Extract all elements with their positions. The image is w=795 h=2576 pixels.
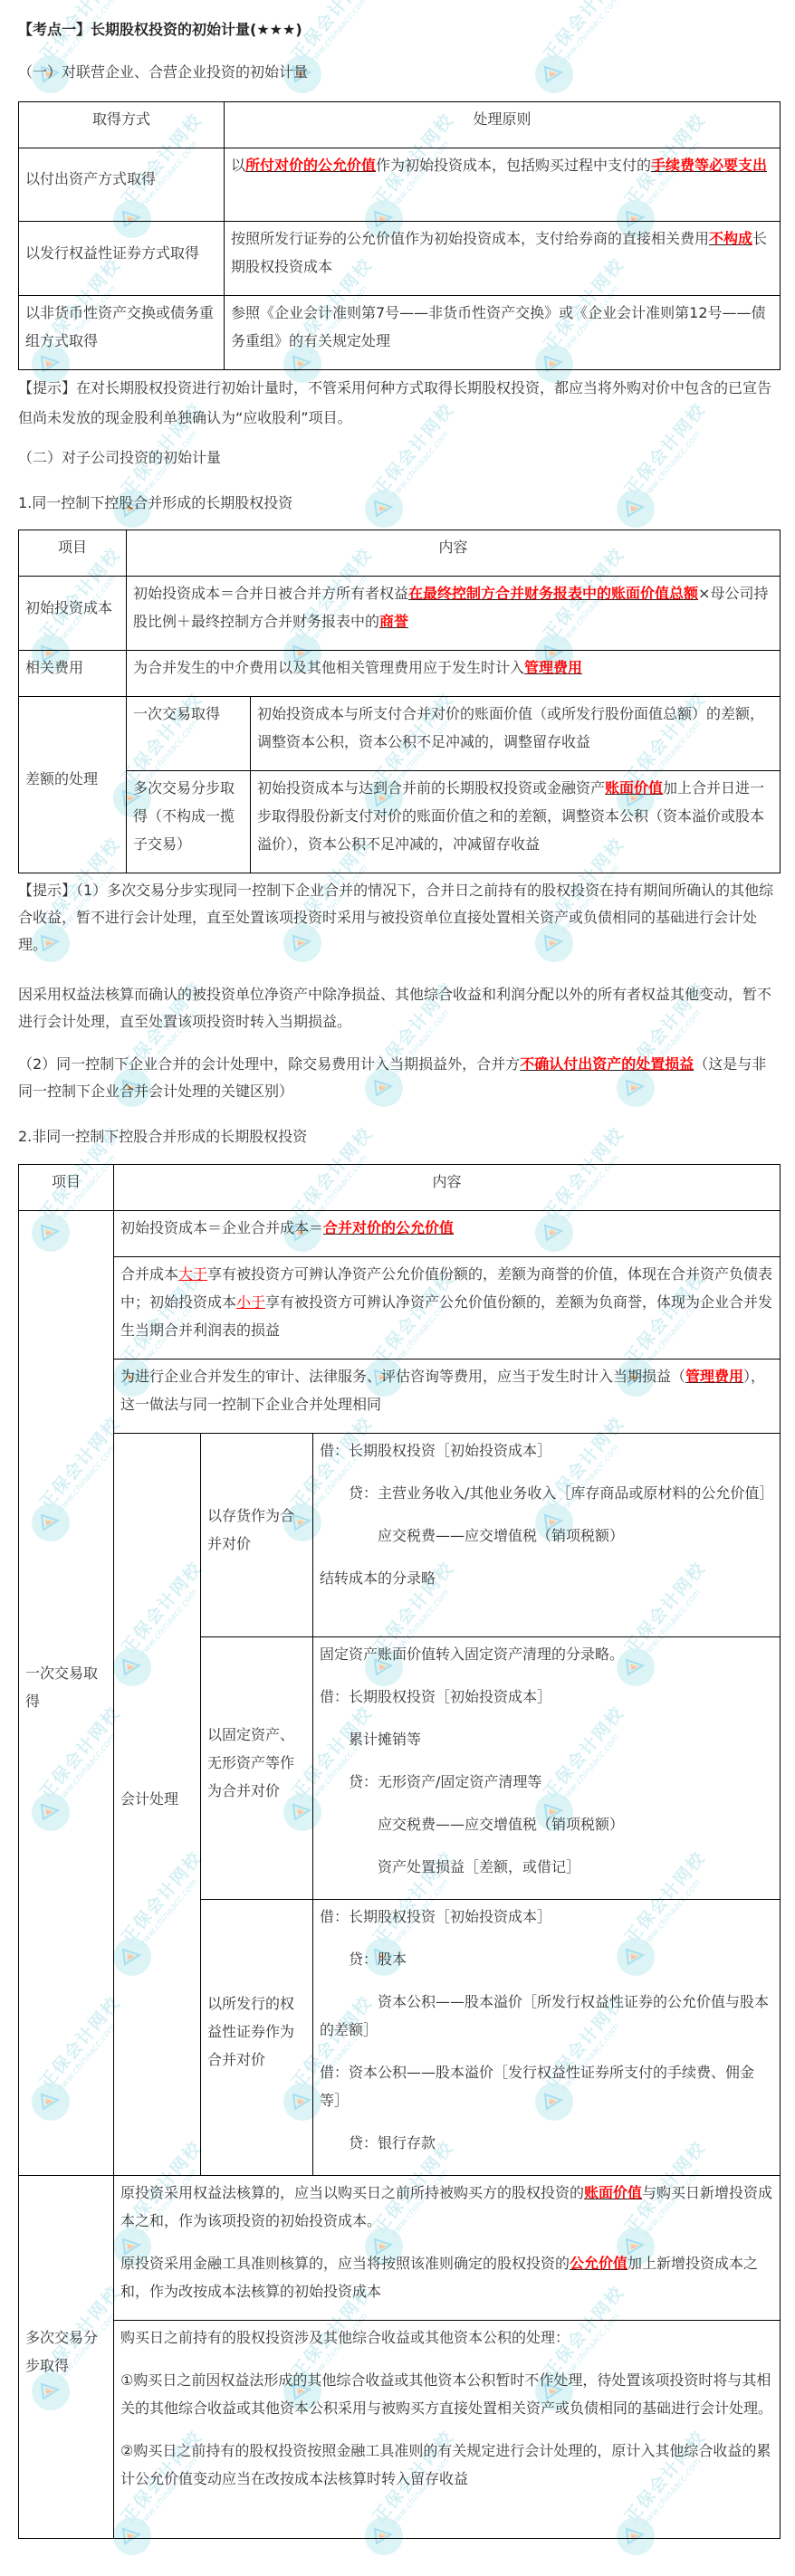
table-row: 以付出资产方式取得 以所付对价的公允价值作为初始投资成本，包括购买过程中支付的手… — [19, 148, 781, 222]
tip-paragraph: 【提示】（1）多次交易分步实现同一控制下企业合并的情况下，合并日之前持有的股权投… — [18, 877, 780, 959]
highlight-text: 管理费用 — [685, 1368, 743, 1385]
row-content: 以所付对价的公允价值作为初始投资成本，包括购买过程中支付的手续费等必要支出 — [225, 148, 781, 222]
highlight-text: 公允价值 — [570, 2255, 627, 2272]
table-row: 多次交易分步取得（不构成一揽子交易） 初始投资成本与达到合并前的长期股权投资或金… — [19, 771, 781, 873]
row-label: 相关费用 — [19, 651, 127, 697]
journal-line: 资本公积——股本溢价［所发行权益性证券的公允价值与股本的差额］ — [320, 1988, 773, 2044]
table-row: 购买日之前持有的股权投资涉及其他综合收益或其他资本公积的处理： ①购买日之前因权… — [19, 2321, 781, 2539]
table-row: 以发行权益性证券方式取得 按照所发行证券的公允价值作为初始投资成本，支付给券商的… — [19, 222, 781, 296]
highlight-text: 不确认付出资产的处置损益 — [520, 1055, 694, 1073]
row-label: 差额的处理 — [19, 697, 127, 873]
journal-line: 固定资产账面价值转入固定资产清理的分录略。 — [320, 1640, 773, 1668]
row-content: 初始投资成本＝企业合并成本＝合并对价的公允价值 — [114, 1211, 781, 1257]
column-header-content: 内容 — [127, 530, 781, 577]
associates-measurement-table: 取得方式 处理原则 以付出资产方式取得 以所付对价的公允价值作为初始投资成本，包… — [18, 101, 781, 370]
case-label: 以存货作为合并对价 — [201, 1434, 313, 1637]
journal-line: 借：长期股权投资［初始投资成本］ — [320, 1903, 773, 1931]
row-content: 初始投资成本与所支付合并对价的账面价值（或所发行股份面值总额）的差额，调整资本公… — [251, 697, 781, 771]
journal-line: 应交税费——应交增值税（销项税额） — [320, 1522, 773, 1550]
table-row: 为进行企业合并发生的审计、法律服务、评估咨询等费用，应当于发生时计入当期损益（管… — [19, 1360, 781, 1434]
column-header-item: 项目 — [19, 530, 127, 577]
column-header-method: 取得方式 — [19, 102, 225, 148]
row-content: 初始投资成本＝合并日被合并方所有者权益在最终控制方合并财务报表中的账面价值总额×… — [127, 577, 781, 651]
table-row: 一次交易取得 初始投资成本＝企业合并成本＝合并对价的公允价值 — [19, 1211, 781, 1257]
row-label: 以发行权益性证券方式取得 — [19, 222, 225, 296]
table-header-row: 取得方式 处理原则 — [19, 102, 781, 148]
table-header-row: 项目 内容 — [19, 530, 781, 577]
subrow-label: 一次交易取得 — [127, 697, 251, 771]
row-content: 合并成本大于享有被投资方可辨认净资产公允价值份额的，差额为商誉的价值，体现在合并… — [114, 1257, 781, 1360]
journal-line: 应交税费——应交增值税（销项税额） — [320, 1810, 773, 1838]
highlight-text: 账面价值 — [584, 2184, 642, 2201]
case-label: 以所发行的权益性证券作为合并对价 — [201, 1900, 313, 2176]
highlight-text: 合并对价的公允价值 — [323, 1219, 454, 1236]
row-content: 初始投资成本与达到合并前的长期股权投资或金融资产账面价值加上合并日进一步取得股份… — [251, 771, 781, 873]
column-header-content: 内容 — [114, 1165, 781, 1211]
highlight-text: 手续费等必要支出 — [651, 157, 767, 174]
highlight-text: 管理费用 — [524, 659, 582, 676]
table-row: 初始投资成本 初始投资成本＝合并日被合并方所有者权益在最终控制方合并财务报表中的… — [19, 577, 781, 651]
highlight-text: 大于 — [178, 1265, 207, 1283]
table-row: 多次交易分步取得 原投资采用权益法核算的，应当以购买日之前所持被购买方的股权投资… — [19, 2176, 781, 2321]
journal-entries: 借：长期股权投资［初始投资成本］ 贷：股本 资本公积——股本溢价［所发行权益性证… — [313, 1900, 781, 2176]
page-title: 【考点一】长期股权投资的初始计量(★★★) — [18, 16, 780, 43]
tip-paragraph: 因采用权益法核算而确认的被投资单位净资产中除净损益、其他综合收益和利润分配以外的… — [18, 981, 780, 1035]
section-heading-associates: （一）对联营企业、合营企业投资的初始计量 — [18, 59, 780, 86]
journal-line: 累计摊销等 — [320, 1725, 773, 1753]
table-row: 以非货币性资产交换或债务重组方式取得 参照《企业会计准则第7号——非货币性资产交… — [19, 296, 781, 370]
journal-line: 借：长期股权投资［初始投资成本］ — [320, 1683, 773, 1711]
column-header-item: 项目 — [19, 1165, 114, 1211]
journal-line: 资产处置损益［差额，或借记］ — [320, 1853, 773, 1881]
journal-line: 贷：股本 — [320, 1945, 773, 1973]
table-row: 合并成本大于享有被投资方可辨认净资产公允价值份额的，差额为商誉的价值，体现在合并… — [19, 1257, 781, 1360]
non-same-control-table: 项目 内容 一次交易取得 初始投资成本＝企业合并成本＝合并对价的公允价值 合并成… — [18, 1164, 781, 2539]
journal-line: 贷：无形资产/固定资产清理等 — [320, 1768, 773, 1796]
table-row: 相关费用 为合并发生的中介费用以及其他相关管理费用应于发生时计入管理费用 — [19, 651, 781, 697]
highlight-text: 不构成 — [709, 230, 752, 247]
table-header-row: 项目 内容 — [19, 1165, 781, 1211]
subsection-heading-same-control: 1.同一控制下控股合并形成的长期股权投资 — [18, 490, 780, 517]
journal-line: 结转成本的分录略 — [320, 1564, 773, 1592]
journal-entries: 借：长期股权投资［初始投资成本］ 贷：主营业务收入/其他业务收入［库存商品或原材… — [313, 1434, 781, 1637]
row-label: 初始投资成本 — [19, 577, 127, 651]
column-header-principle: 处理原则 — [225, 102, 781, 148]
journal-line: 贷：主营业务收入/其他业务收入［库存商品或原材料的公允价值］ — [320, 1479, 773, 1507]
row-content: 参照《企业会计准则第7号——非货币性资产交换》或《企业会计准则第12号——债务重… — [225, 296, 781, 370]
row-content: 购买日之前持有的股权投资涉及其他综合收益或其他资本公积的处理： ①购买日之前因权… — [114, 2321, 781, 2539]
case-label: 以固定资产、无形资产等作为合并对价 — [201, 1637, 313, 1900]
group-label-multi-step: 多次交易分步取得 — [19, 2176, 114, 2539]
highlight-text: 所付对价的公允价值 — [245, 157, 376, 174]
tip-paragraph: 【提示】在对长期股权投资进行初始计量时，不管采用何种方式取得长期股权投资，都应当… — [18, 373, 780, 433]
highlight-text: 在最终控制方合并财务报表中的账面价值总额 — [408, 585, 698, 602]
table-row: 会计处理 以存货作为合并对价 借：长期股权投资［初始投资成本］ 贷：主营业务收入… — [19, 1434, 781, 1637]
row-label: 以非货币性资产交换或债务重组方式取得 — [19, 296, 225, 370]
section-heading-subsidiaries: （二）对子公司投资的初始计量 — [18, 444, 780, 472]
row-content: 按照所发行证券的公允价值作为初始投资成本，支付给券商的直接相关费用不构成长期股权… — [225, 222, 781, 296]
subsection-heading-non-same-control: 2.非同一控制下控股合并形成的长期股权投资 — [18, 1123, 780, 1150]
group-label-one-time: 一次交易取得 — [19, 1211, 114, 2176]
subrow-label: 多次交易分步取得（不构成一揽子交易） — [127, 771, 251, 873]
highlight-text: 小于 — [236, 1293, 265, 1311]
highlight-text: 商誉 — [379, 613, 408, 630]
page: 正保会计网校 www.chinaacc.com 正保会计网校 www.china… — [0, 0, 795, 2576]
row-content: 为进行企业合并发生的审计、法律服务、评估咨询等费用，应当于发生时计入当期损益（管… — [114, 1360, 781, 1434]
document-body: 【考点一】长期股权投资的初始计量(★★★) （一）对联营企业、合营企业投资的初始… — [0, 16, 795, 2539]
highlight-text: 账面价值 — [605, 779, 663, 797]
table-row: 差额的处理 一次交易取得 初始投资成本与所支付合并对价的账面价值（或所发行股份面… — [19, 697, 781, 771]
row-content: 为合并发生的中介费用以及其他相关管理费用应于发生时计入管理费用 — [127, 651, 781, 697]
journal-line: 借：长期股权投资［初始投资成本］ — [320, 1436, 773, 1465]
journal-line: 借：资本公积——股本溢价［发行权益性证券所支付的手续费、佣金等］ — [320, 2058, 773, 2114]
journal-entries: 固定资产账面价值转入固定资产清理的分录略。 借：长期股权投资［初始投资成本］ 累… — [313, 1637, 781, 1900]
accounting-label: 会计处理 — [114, 1434, 201, 2176]
row-label: 以付出资产方式取得 — [19, 148, 225, 222]
same-control-table: 项目 内容 初始投资成本 初始投资成本＝合并日被合并方所有者权益在最终控制方合并… — [18, 530, 781, 873]
row-content: 原投资采用权益法核算的，应当以购买日之前所持被购买方的股权投资的账面价值与购买日… — [114, 2176, 781, 2321]
journal-line: 贷：银行存款 — [320, 2129, 773, 2157]
tip-paragraph: （2）同一控制下企业合并的会计处理中，除交易费用计入当期损益外，合并方不确认付出… — [18, 1051, 780, 1105]
